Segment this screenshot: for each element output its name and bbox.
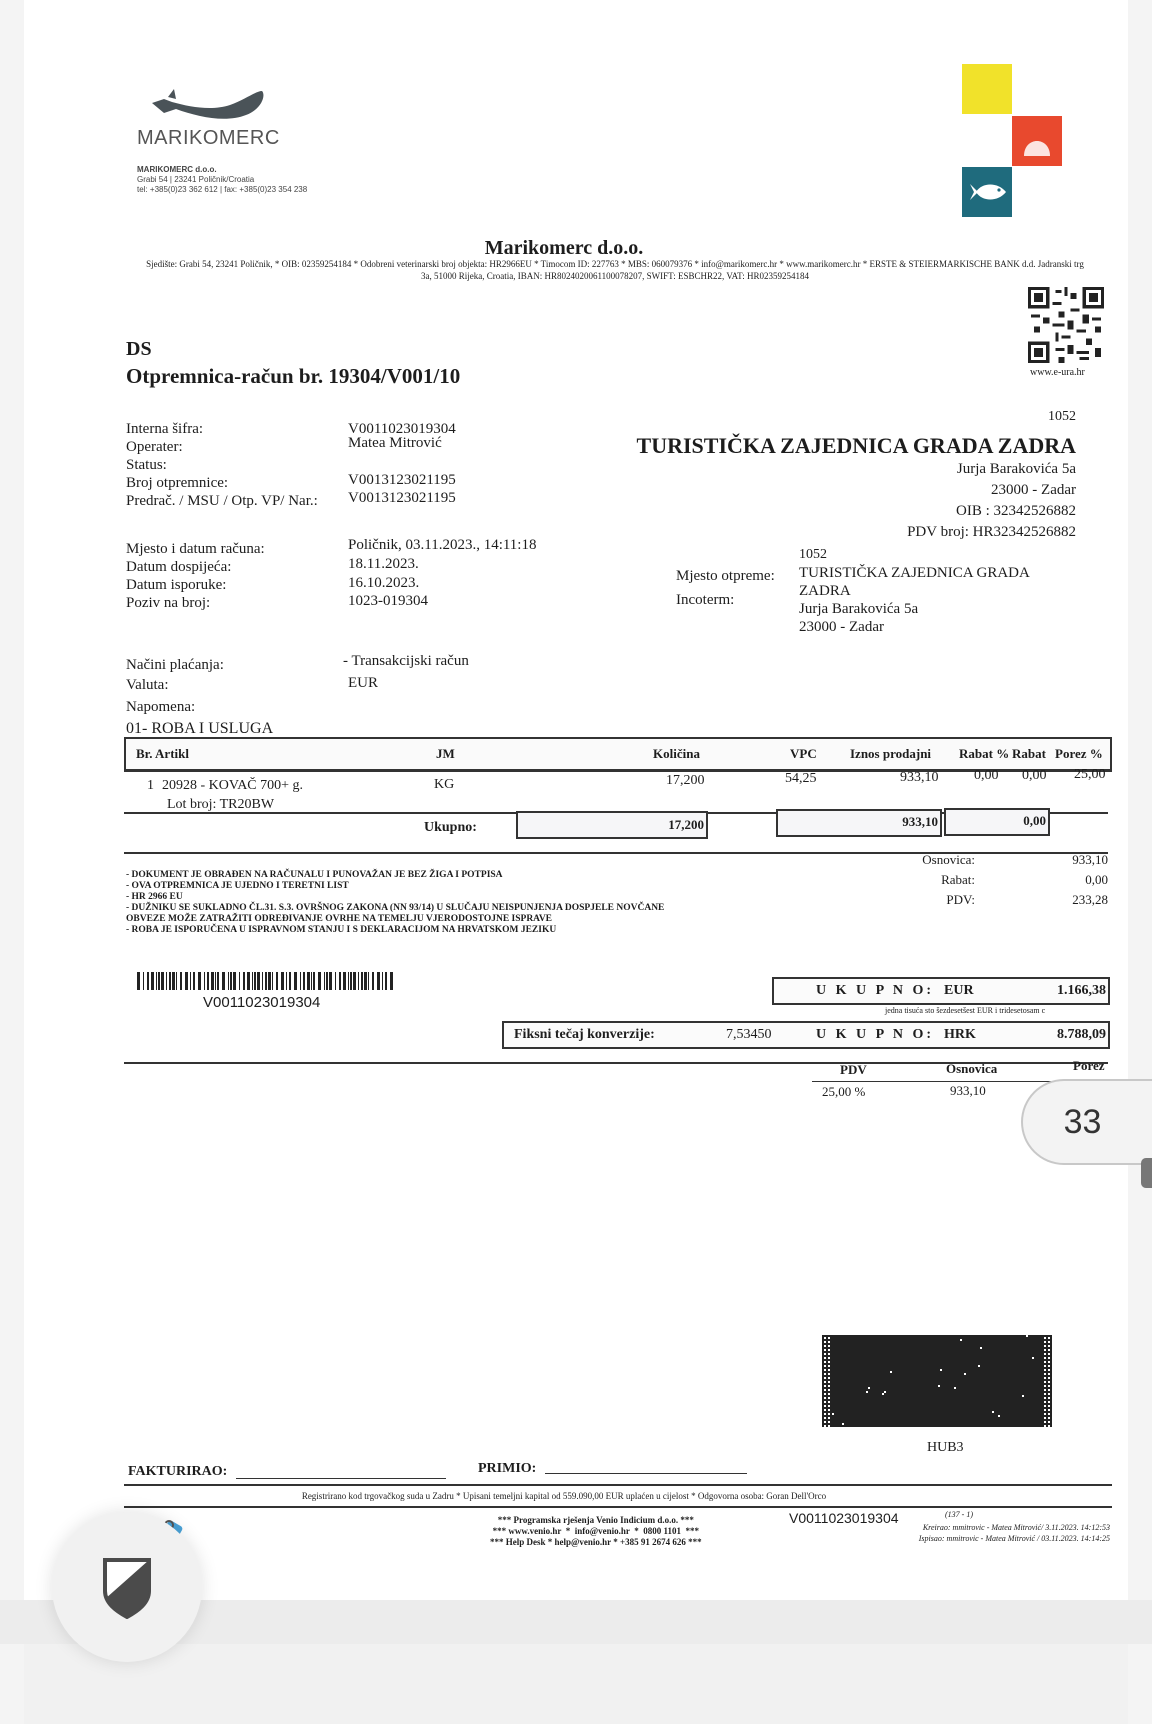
qr-code-icon xyxy=(1028,287,1104,363)
summary-labels: Osnovica: Rabat: PDV: xyxy=(880,850,975,910)
total-discount-box: 0,00 xyxy=(944,808,1050,836)
payment-details: Načini plaćanja:- Transakcijski račun Va… xyxy=(126,655,566,717)
col-discount-pct: Rabat % xyxy=(959,746,1009,762)
items-section-title: 01- ROBA I USLUGA xyxy=(126,720,273,738)
page-number-badge[interactable]: 33 xyxy=(1021,1079,1152,1165)
left-gutter xyxy=(0,0,24,1724)
document-type-code: DS xyxy=(126,338,152,361)
col-article: Br. Artikl xyxy=(136,746,189,762)
company-info: Sjedište: Grabi 54, 23241 Poličnik, * OI… xyxy=(145,258,1085,282)
software-info: *** Programska rješenja Venio Indicium d… xyxy=(490,1515,702,1548)
received-by-label: PRIMIO: xyxy=(478,1461,536,1477)
customer-name: TURISTIČKA ZAJEDNICA GRADA ZADRA xyxy=(637,433,1076,459)
fish-icon xyxy=(962,167,1012,217)
col-amount: Iznos prodajni xyxy=(850,746,931,762)
brand-contact: MARIKOMERC d.o.o. Grabi 54 | 23241 Polič… xyxy=(137,165,307,195)
col-unit: JM xyxy=(436,746,455,762)
audit-info: Kreirao: mmitrovic - Matea Mitrović/ 3.1… xyxy=(875,1522,1110,1544)
brand-name: MARIKOMERC xyxy=(137,127,280,150)
detail-row: Broj otpremnice:V0013123021195 xyxy=(126,474,566,492)
incoterm-label: Incoterm: xyxy=(676,592,734,609)
yellow-tile xyxy=(962,64,1012,114)
summary-values: 933,10 0,00 233,28 xyxy=(980,850,1108,910)
payment-row: Načini plaćanja:- Transakcijski račun xyxy=(126,655,566,675)
date-row: Datum dospijeća:18.11.2023. xyxy=(126,558,566,576)
company-title: Marikomerc d.o.o. xyxy=(0,237,1128,260)
signature-line xyxy=(545,1473,747,1474)
total-quantity-box: 17,200 xyxy=(516,811,708,839)
date-row: Mjesto i datum računa:Poličnik, 03.11.20… xyxy=(126,540,566,558)
fish-logo-icon xyxy=(150,85,270,125)
amount-in-words: jedna tisuća sto šezdesetšest EUR i trid… xyxy=(885,1006,1045,1015)
customer-address: Jurja Barakovića 5a 23000 - Zadar OIB : … xyxy=(907,459,1076,543)
qr-caption: www.e-ura.hr xyxy=(1030,367,1085,378)
detail-row: Status: xyxy=(126,456,566,474)
registration-info: Registrirano kod trgovačkog suda u Zadru… xyxy=(0,1491,1128,1501)
hub3-label: HUB3 xyxy=(927,1440,964,1456)
shield-icon xyxy=(102,1557,152,1619)
shipping-label: Mjesto otpreme: xyxy=(676,568,775,585)
col-price: VPC xyxy=(790,746,817,762)
payment-row: Napomena: xyxy=(126,697,566,717)
payment-row: Valuta:EUR xyxy=(126,675,566,697)
scrollbar-track[interactable] xyxy=(1128,0,1152,1724)
divider xyxy=(124,1484,1112,1486)
shell-tile xyxy=(1012,116,1062,166)
detail-row: Operater:Matea Mitrović xyxy=(126,438,566,456)
payment-2d-barcode-icon xyxy=(822,1335,1052,1427)
barcode-text: V0011023019304 xyxy=(203,994,320,1011)
col-quantity: Količina xyxy=(653,746,700,762)
items-table-header: Br. Artikl JM Količina VPC Iznos prodajn… xyxy=(124,737,1112,772)
date-details: Mjesto i datum računa:Poličnik, 03.11.20… xyxy=(126,540,566,612)
detail-row: Interna šifra:V0011023019304 xyxy=(126,420,566,438)
scrollbar-thumb[interactable] xyxy=(1141,1158,1152,1188)
divider xyxy=(124,1506,1112,1508)
date-row: Datum isporuke:16.10.2023. xyxy=(126,576,566,594)
customer-code: 1052 xyxy=(1048,409,1076,425)
document-title: Otpremnica-račun br. 19304/V001/10 xyxy=(126,364,460,389)
col-discount: Rabat xyxy=(1012,746,1046,762)
security-shield-button[interactable] xyxy=(52,1512,202,1662)
document-page: MARIKOMERC MARIKOMERC d.o.o. Grabi 54 | … xyxy=(0,0,1128,1600)
document-details: Interna šifra:V0011023019304 Operater:Ma… xyxy=(126,420,566,510)
shipping-address: 1052 TURISTIČKA ZAJEDNICA GRADA ZADRA Ju… xyxy=(799,546,1030,636)
col-tax-pct: Porez % xyxy=(1055,746,1103,762)
total-eur-box: U K U P N O: EUR 1.166,38 xyxy=(772,977,1110,1005)
total-hrk-box: Fiksni tečaj konverzije: 7,53450 U K U P… xyxy=(502,1021,1110,1049)
fish-tile xyxy=(962,167,1012,217)
article-name: 20928 - KOVAČ 700+ g. xyxy=(162,778,303,794)
total-amount-box: 933,10 xyxy=(776,809,942,837)
detail-row: Predrač. / MSU / Otp. VP/ Nar.:V00131230… xyxy=(126,492,566,510)
signature-line xyxy=(236,1478,446,1479)
shell-icon xyxy=(1012,116,1062,166)
brand-tiles xyxy=(962,64,1062,224)
barcode-icon xyxy=(137,972,397,990)
lot-number: Lot broj: TR20BW xyxy=(167,797,274,813)
total-label: Ukupno: xyxy=(424,820,477,836)
legal-notes: - DOKUMENT JE OBRAĐEN NA RAČUNALU I PUNO… xyxy=(126,870,664,936)
invoiced-by-label: FAKTURIRAO: xyxy=(128,1464,227,1480)
reference-page: (137 - 1) xyxy=(945,1510,973,1519)
date-row: Poziv na broj:1023-019304 xyxy=(126,594,566,612)
